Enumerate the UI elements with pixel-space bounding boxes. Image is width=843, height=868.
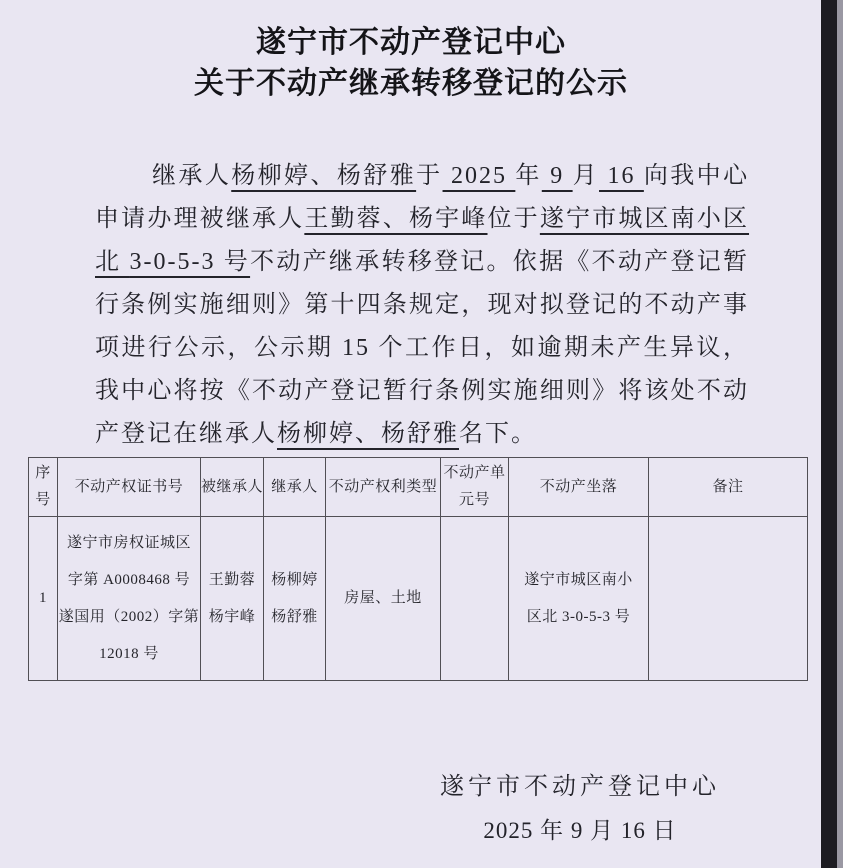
table-header-row: 序 号 不动产权证书号 被继承人 继承人 不动产权利类型 不动产单 元号 不动产… [29, 458, 808, 517]
header-unit-number: 不动产单 元号 [441, 458, 509, 517]
cell-property-location: 遂宁市城区南小 区北 3-0-5-3 号 [509, 517, 649, 681]
cell-unit-number [441, 517, 509, 681]
signature-block: 遂宁市不动产登记中心 2025 年 9 月 16 日 [430, 772, 730, 845]
notice-body-paragraph: 继承人杨柳婷、杨舒雅于 2025 年 9 月 16 向我中心申请办理被继承人王勤… [95, 155, 749, 456]
header-serial-number: 序 号 [29, 458, 58, 517]
cell-certificate-number: 遂宁市房权证城区 字第 A0008468 号 遂国用（2002）字第 12018… [58, 517, 201, 681]
document-title-line1: 遂宁市不动产登记中心 [0, 22, 822, 63]
header-certificate-number: 不动产权证书号 [58, 458, 201, 517]
cell-remarks [649, 517, 808, 681]
header-right-type: 不动产权利类型 [326, 458, 441, 517]
cell-serial-number: 1 [29, 517, 58, 681]
document-title-line2: 关于不动产继承转移登记的公示 [0, 63, 822, 104]
scan-edge-dark-band [821, 0, 837, 868]
cell-heir: 杨柳婷 杨舒雅 [264, 517, 326, 681]
cell-decedent: 王勤蓉 杨宇峰 [201, 517, 264, 681]
signature-date: 2025 年 9 月 16 日 [430, 817, 730, 845]
scanned-notice-page: 遂宁市不动产登记中心 关于不动产继承转移登记的公示 继承人杨柳婷、杨舒雅于 20… [0, 0, 843, 868]
property-registration-table: 序 号 不动产权证书号 被继承人 继承人 不动产权利类型 不动产单 元号 不动产… [28, 457, 808, 681]
header-property-location: 不动产坐落 [509, 458, 649, 517]
cell-right-type: 房屋、土地 [326, 517, 441, 681]
document-title: 遂宁市不动产登记中心 关于不动产继承转移登记的公示 [0, 22, 822, 104]
header-heir: 继承人 [264, 458, 326, 517]
signature-org-name: 遂宁市不动产登记中心 [430, 772, 730, 802]
table-row: 1 遂宁市房权证城区 字第 A0008468 号 遂国用（2002）字第 120… [29, 517, 808, 681]
header-remarks: 备注 [649, 458, 808, 517]
scan-edge-gray-band [837, 0, 843, 868]
header-decedent: 被继承人 [201, 458, 264, 517]
